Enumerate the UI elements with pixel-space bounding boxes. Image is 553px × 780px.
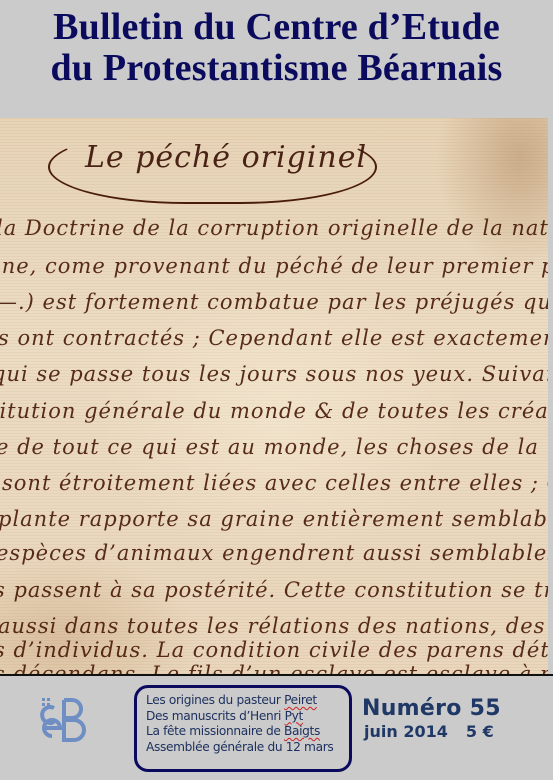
cepb-logo-icon [40, 696, 90, 744]
issue-number: Numéro 55 [362, 696, 542, 722]
manuscript-line: s décendans. Le fils d’un esclave est es… [0, 662, 548, 674]
manuscript-line: sont étroitement liées avec celles entre… [2, 471, 548, 495]
contents-item: La fête missionnaire de Baigts [146, 724, 349, 740]
manuscript-line: s ont contractés ; Cependant elle est ex… [0, 326, 548, 350]
contents-box: Les origines du pasteur Peiret Des manus… [134, 685, 352, 772]
photo-edge [548, 118, 553, 674]
issue-price: 5 € [466, 722, 494, 741]
issue-date: juin 2014 [364, 722, 448, 741]
manuscript-line: aussi dans toutes les rélations des nati… [0, 614, 545, 638]
manuscript-line: s passent à sa postérité. Cette constitu… [0, 578, 548, 602]
issue-info: Numéro 55 juin 20145 € [362, 696, 542, 742]
manuscript-line: qui se passe tous les jours sous nos yeu… [0, 362, 548, 386]
manuscript-line: s d’individus. La condition civile des p… [0, 638, 548, 662]
manuscript-line: espèces d’animaux engendrent aussi sembl… [0, 541, 548, 565]
contents-item: Des manuscrits d’Henri Pyt [146, 709, 349, 725]
manuscript-line: titution générale du monde & de toutes l… [0, 399, 548, 423]
manuscript-line: ine, come provenant du péché de leur pre… [0, 254, 548, 278]
manuscript-line: e de tout ce qui est au monde, les chose… [0, 435, 548, 459]
title-line-2: du Protestantisme Béarnais [0, 49, 553, 88]
divider-line [0, 674, 553, 676]
manuscript-line: —.) est fortement combatue par les préju… [0, 290, 548, 314]
contents-item: Les origines du pasteur Peiret [146, 693, 349, 709]
manuscript-line: plante rapporte sa graine entièrement se… [0, 507, 548, 531]
manuscript-line: la Doctrine de la corruption originelle … [0, 216, 548, 240]
manuscript-photo: Le péché originel la Doctrine de la corr… [0, 118, 548, 674]
contents-item: Assemblée générale du 12 mars [146, 740, 349, 756]
title-line-1: Bulletin du Centre d’Etude [0, 8, 553, 47]
manuscript-heading: Le péché originel [85, 140, 367, 175]
issue-date-price: juin 20145 € [364, 722, 542, 742]
